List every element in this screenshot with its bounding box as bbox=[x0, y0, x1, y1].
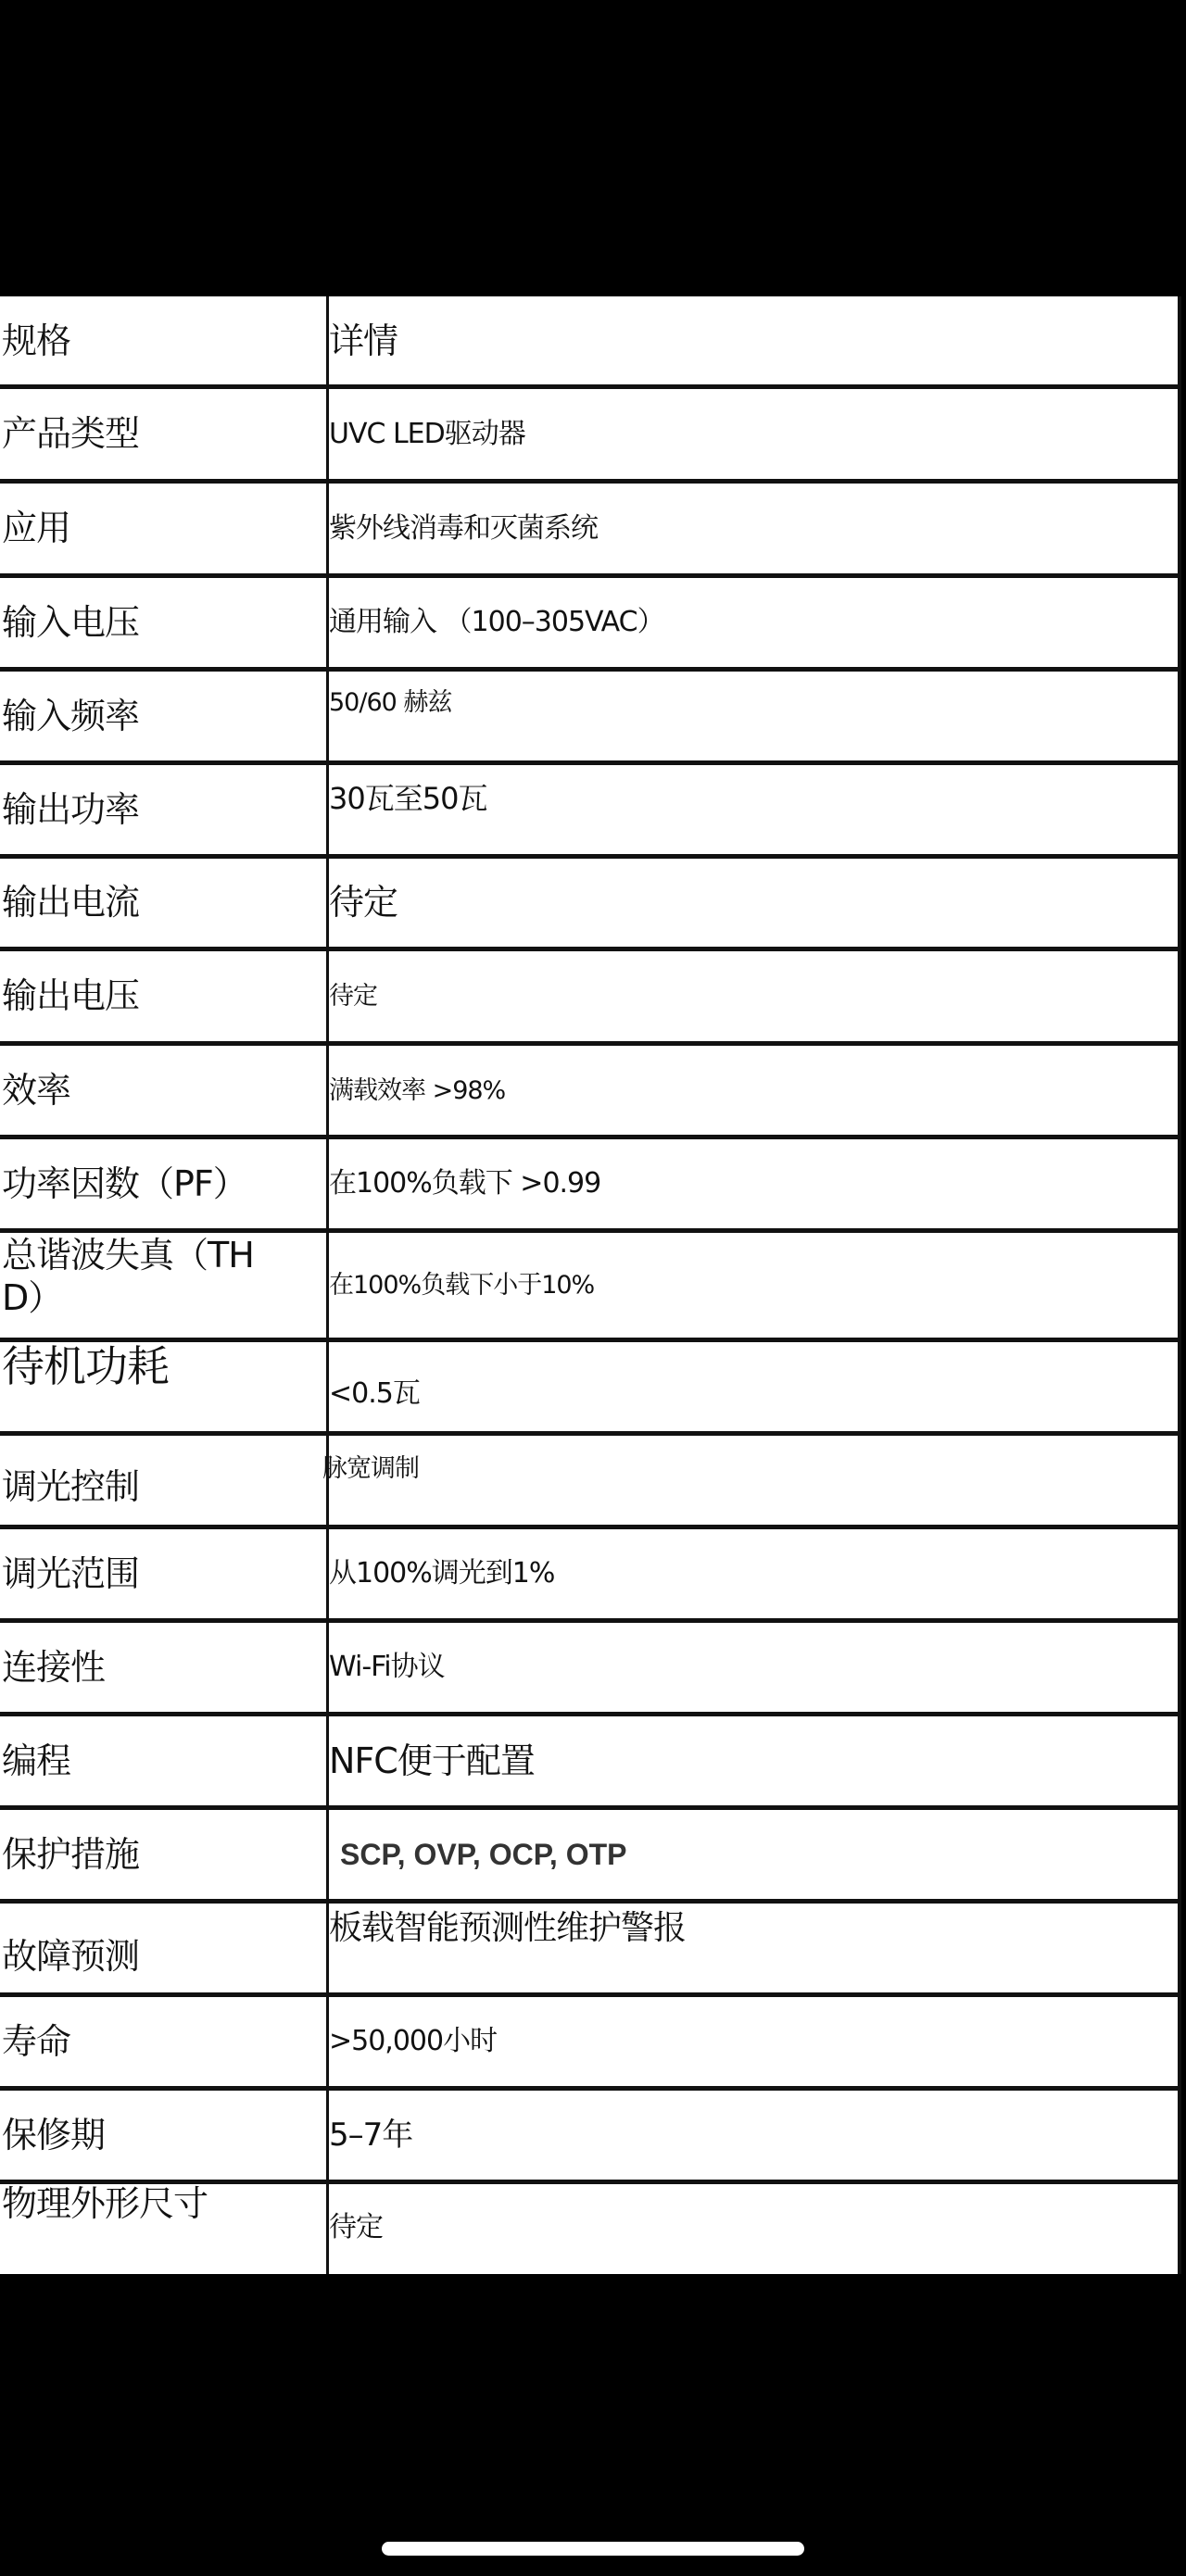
spec-value: Wi-Fi协议 bbox=[329, 1652, 445, 1684]
spec-label: 输出功率 bbox=[2, 790, 139, 831]
table-row: 寿命 >50,000小时 bbox=[0, 1995, 1178, 2089]
spec-value: >50,000小时 bbox=[329, 2026, 497, 2058]
home-indicator[interactable] bbox=[382, 2542, 804, 2556]
table-row: 输入电压 通用输入 （100–305VAC） bbox=[0, 576, 1178, 670]
spec-label: 产品类型 bbox=[2, 414, 139, 455]
spec-value: 30瓦至50瓦 bbox=[329, 782, 486, 816]
spec-label: 功率因数（PF） bbox=[2, 1164, 247, 1205]
spec-value: SCP, OVP, OCP, OTP bbox=[329, 1838, 626, 1872]
header-value: 详情 bbox=[329, 321, 397, 362]
spec-label: 寿命 bbox=[2, 2022, 70, 2063]
spec-value: UVC LED驱动器 bbox=[329, 419, 525, 451]
spec-value: 从100%调光到1% bbox=[329, 1558, 554, 1590]
table-row: 功率因数（PF） 在100%负载下 >0.99 bbox=[0, 1137, 1178, 1231]
spec-label: 保修期 bbox=[2, 2116, 105, 2156]
table-row: 输出电流 待定 bbox=[0, 857, 1178, 949]
spec-value: 在100%负载下 >0.99 bbox=[329, 1168, 600, 1200]
spec-label: 连接性 bbox=[2, 1648, 105, 1689]
table-row: 待机功耗 <0.5瓦 bbox=[0, 1340, 1178, 1434]
table-row: 产品类型 UVC LED驱动器 bbox=[0, 387, 1178, 482]
spec-value: 待定 bbox=[329, 883, 397, 924]
table-row: 保护措施 SCP, OVP, OCP, OTP bbox=[0, 1808, 1178, 1902]
table-row: 输出电压 待定 bbox=[0, 949, 1178, 1044]
spec-label: 总谐波失真（THD） bbox=[2, 1235, 280, 1319]
spec-value: 50/60 赫兹 bbox=[329, 688, 451, 717]
table-row: 物理外形尺寸 待定 bbox=[0, 2182, 1178, 2274]
spec-table: 规格 详情 产品类型 UVC LED驱动器 应用 紫外线消毒和灭菌系统 输入电压… bbox=[0, 296, 1181, 2274]
table-row: 编程 NFC便于配置 bbox=[0, 1715, 1178, 1808]
spec-label: 输出电压 bbox=[2, 976, 139, 1017]
table-row: 保修期 5–7年 bbox=[0, 2089, 1178, 2182]
table-row: 调光控制 脉宽调制 bbox=[0, 1434, 1178, 1527]
spec-value: <0.5瓦 bbox=[329, 1378, 420, 1411]
spec-value: 通用输入 （100–305VAC） bbox=[329, 607, 664, 639]
spec-label: 效率 bbox=[2, 1071, 70, 1112]
table-row: 连接性 Wi-Fi协议 bbox=[0, 1621, 1178, 1715]
spec-label: 保护措施 bbox=[2, 1835, 139, 1876]
spec-value: 5–7年 bbox=[329, 2117, 412, 2154]
spec-label: 调光范围 bbox=[2, 1554, 139, 1595]
table-row: 输入频率 50/60 赫兹 bbox=[0, 670, 1178, 763]
spec-value: 在100%负载下小于10% bbox=[329, 1271, 594, 1300]
spec-label: 编程 bbox=[2, 1741, 70, 1782]
table-row: 调光范围 从100%调光到1% bbox=[0, 1527, 1178, 1621]
spec-label: 故障预测 bbox=[2, 1937, 139, 1978]
spec-label: 输入频率 bbox=[2, 697, 139, 737]
spec-value: 满载效率 >98% bbox=[329, 1076, 505, 1105]
spec-value: 紫外线消毒和灭菌系统 bbox=[329, 513, 598, 546]
spec-label: 输出电流 bbox=[2, 883, 139, 924]
spec-value: 待定 bbox=[329, 982, 377, 1011]
table-row: 效率 满载效率 >98% bbox=[0, 1044, 1178, 1137]
spec-label: 应用 bbox=[2, 509, 70, 549]
table-row: 输出功率 30瓦至50瓦 bbox=[0, 763, 1178, 857]
spec-value: 脉宽调制 bbox=[322, 1454, 419, 1483]
spec-label: 调光控制 bbox=[2, 1467, 139, 1508]
table-header-row: 规格 详情 bbox=[0, 296, 1178, 387]
spec-value: 待定 bbox=[329, 2212, 383, 2244]
header-label: 规格 bbox=[2, 321, 70, 362]
spec-value: NFC便于配置 bbox=[329, 1741, 535, 1782]
spec-label: 物理外形尺寸 bbox=[2, 2184, 208, 2225]
table-row: 故障预测 板载智能预测性维护警报 bbox=[0, 1902, 1178, 1995]
spec-label: 待机功耗 bbox=[2, 1342, 169, 1391]
table-row: 应用 紫外线消毒和灭菌系统 bbox=[0, 482, 1178, 576]
table-row: 总谐波失真（THD） 在100%负载下小于10% bbox=[0, 1231, 1178, 1340]
spec-label: 输入电压 bbox=[2, 603, 139, 644]
spec-value: 板载智能预测性维护警报 bbox=[329, 1909, 686, 1947]
